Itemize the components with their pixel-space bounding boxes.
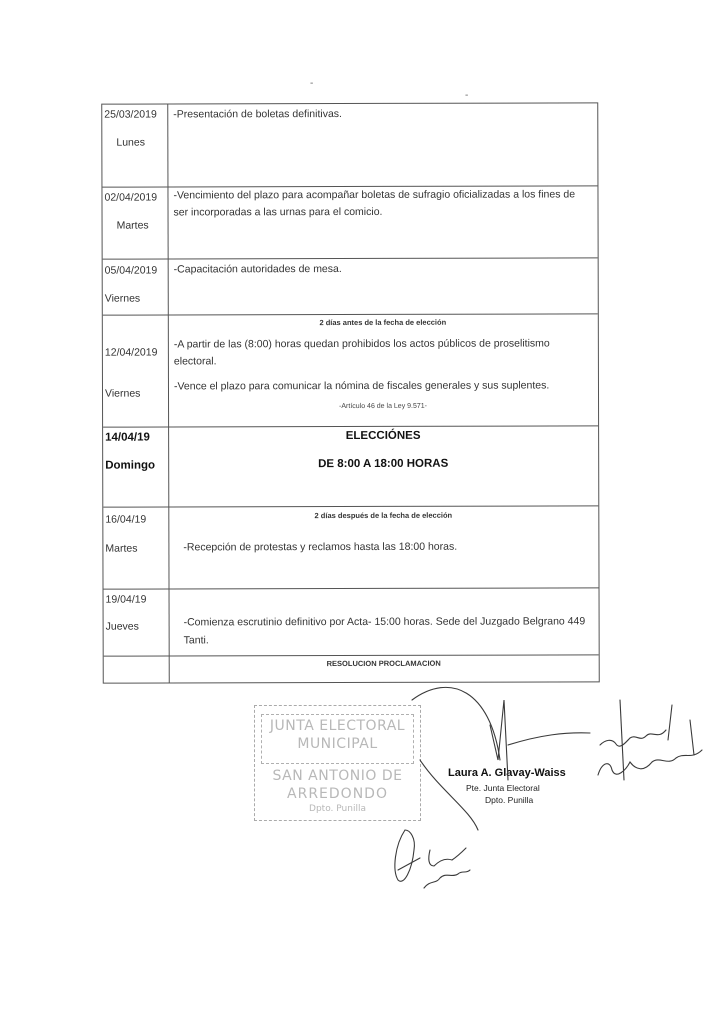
scan-mark: - [465,90,468,101]
handwritten-signatures [0,0,724,1024]
document-page: 25/03/2019 Lunes -Presentación de boleta… [0,0,724,1024]
scan-mark: - [310,78,313,89]
signature-arc-stroke [412,687,500,760]
